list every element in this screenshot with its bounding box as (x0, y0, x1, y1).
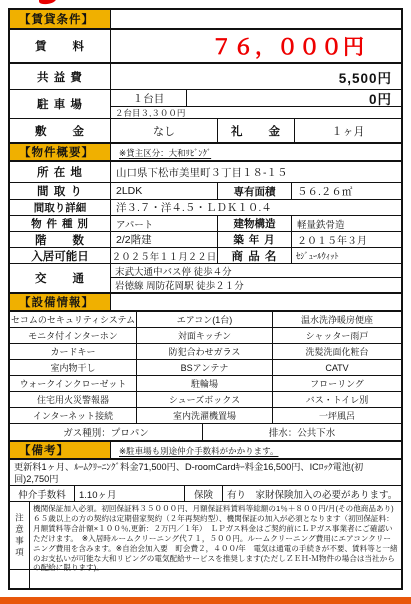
equipment-item: CATV (273, 360, 401, 375)
row-notes: 注意事項 機関保証加入必須。初回保証料３５０００円、月額保証料賃料等総額の1％＋… (10, 502, 401, 570)
section-title-rental: 【賃貸条件】 (10, 10, 111, 28)
red-pen-mark (39, 0, 56, 5)
layout-value: 2LDK (111, 183, 218, 199)
row-fees: 更新料1ヶ月、ﾙｰﾑｸﾘｰﾆﾝｸﾞ料金71,500円、D-roomCardｷｰ料… (10, 460, 401, 486)
parking-label: 駐 車 場 (10, 90, 111, 118)
equipment-item: 温水洗浄暖房便座 (273, 312, 401, 327)
built-label: 築 年 月 (218, 232, 292, 247)
equipment-item: インターネット接続 (10, 408, 137, 423)
row-address: 所 在 地 山口県下松市美里町３丁目１８-１５ (10, 162, 401, 183)
row-empty (10, 570, 401, 588)
common-fee-label: 共 益 費 (10, 64, 111, 89)
transport-line2: 岩徳線 周防花岡駅 徒歩２１分 (111, 278, 401, 291)
row-rent: 賃 料 ７６，０００円 (10, 30, 401, 64)
drainage: 排水：公共下水 (203, 424, 401, 440)
row-transport: 交 通 末武大通中バス停 徒歩４分 岩徳線 周防花岡駅 徒歩２１分 (10, 264, 401, 292)
row-brokerage-insurance: 仲介手数料 1.10ヶ月 保険 有り 家財保険加入の必要があります。 (10, 486, 401, 502)
equipment-item: BSアンテナ (137, 360, 273, 375)
row-type-structure: 物 件 種 別 アパート 建物構造 軽量鉄骨造 (10, 216, 401, 232)
layout-label: 間 取 り (10, 183, 111, 199)
built-value: ２０１５年３月 (292, 232, 401, 247)
common-fee-value: 5,500円 (111, 64, 401, 89)
row-deposit-keymoney: 敷 金 なし 礼 金 １ヶ月 (10, 119, 401, 142)
address-label: 所 在 地 (10, 162, 111, 182)
equipment-item: 室内洗濯機置場 (137, 408, 273, 423)
equipment-item: 防犯合わせガラス (137, 344, 273, 359)
brokerage-value: 1.10ヶ月 (75, 486, 185, 501)
equipment-item: モニタ付インターホン (10, 328, 137, 343)
equipment-row: カードキー 防犯合わせガラス 洗髪洗面化粧台 (10, 344, 401, 360)
equipment-item: カードキー (10, 344, 137, 359)
equipment-item: 一坪風呂 (273, 408, 401, 423)
empty-right-cell (30, 570, 401, 588)
floors-value: 2/2階建 (111, 232, 218, 247)
equipment-row: セコムのセキュリティシステム エアコン(1台) 温水洗浄暖房便座 (10, 312, 401, 328)
key-money-value: １ヶ月 (295, 119, 401, 142)
product-label: 商 品 名 (218, 248, 292, 263)
transport-label: 交 通 (10, 264, 111, 292)
equipment-item: フローリング (273, 376, 401, 391)
row-parking: 駐 車 場 １台目 0円 ２台目３,３００円 (10, 90, 401, 119)
section-bar-equipment-spacer (111, 294, 401, 310)
product-name: ｾｼﾞｭｰﾙｳｨｯﾄ (292, 248, 401, 263)
equipment-item: セコムのセキュリティシステム (10, 312, 137, 327)
structure-label: 建物構造 (218, 216, 292, 231)
area-value: ５６.２６㎡ (292, 183, 401, 199)
row-gas-drainage: ガス種別：プロパン 排水：公共下水 (10, 424, 401, 440)
notes-label: 注意事項 (10, 513, 29, 559)
movein-date: ２０２５年１１月２２日 (111, 248, 218, 263)
insurance-value: 有り 家財保険加入の必要があります。 (223, 486, 401, 501)
row-movein-product: 入居可能日 ２０２５年１１月２２日 商 品 名 ｾｼﾞｭｰﾙｳｨｯﾄ (10, 248, 401, 264)
equipment-row: 住宅用火災警報器 シューズボックス バス・トイレ別 (10, 392, 401, 408)
movein-label: 入居可能日 (10, 248, 111, 263)
deposit-label: 敷 金 (10, 119, 111, 142)
equipment-item: 対面キッチン (137, 328, 273, 343)
section-title-equipment: 【設備情報】 (10, 294, 111, 310)
equipment-item: 住宅用火災警報器 (10, 392, 137, 407)
empty-left-cell (10, 570, 30, 588)
layout-detail-value: 洋３.７・洋４.５・ＬＤＫ１０.４ (111, 200, 401, 215)
bottom-orange-bar (0, 597, 411, 604)
equipment-item: エアコン(1台) (137, 312, 273, 327)
type-label: 物 件 種 別 (10, 216, 111, 231)
equipment-item: バス・トイレ別 (273, 392, 401, 407)
equipment-row: インターネット接続 室内洗濯機置場 一坪風呂 (10, 408, 401, 424)
section-bar-rental: 【賃貸条件】 (10, 10, 401, 30)
equipment-item: シューズボックス (137, 392, 273, 407)
address-value: 山口県下松市美里町３丁目１８-１５ (111, 162, 401, 182)
notes-text: 機関保証加入必須。初回保証料３５０００円、月額保証料賃料等総額の1％＋８００円/… (30, 502, 401, 569)
parking-price1: 0円 (187, 90, 401, 106)
equipment-item: 室内物干し (10, 360, 137, 375)
parking-slot1: １台目 (111, 90, 187, 106)
equipment-row: モニタ付インターホン 対面キッチン シャッター雨戸 (10, 328, 401, 344)
section-title-overview: 【物件概要】 (10, 144, 111, 160)
layout-detail-label: 間取り詳細 (10, 200, 111, 215)
row-common-fee: 共 益 費 5,500円 (10, 64, 401, 90)
section-title-remarks: 【備考】 (10, 442, 111, 458)
equipment-item: 駐輪場 (137, 376, 273, 391)
section-bar-overview: 【物件概要】 ※貸主区分：大和ﾘﾋﾞﾝｸﾞ (10, 142, 401, 162)
key-money-label: 礼 金 (218, 119, 295, 142)
area-label: 専有面積 (218, 183, 292, 199)
section-bar-equipment: 【設備情報】 (10, 292, 401, 312)
equipment-item: シャッター雨戸 (273, 328, 401, 343)
type-value: アパート (111, 216, 218, 231)
equipment-row: 室内物干し BSアンテナ CATV (10, 360, 401, 376)
equipment-item: ウォークインクローゼット (10, 376, 137, 391)
landlord-note: ※貸主区分：大和ﾘﾋﾞﾝｸﾞ (119, 147, 211, 159)
section-bar-rental-spacer (111, 10, 401, 28)
rent-value: ７６，０００円 (111, 30, 401, 62)
floors-label: 階 数 (10, 232, 111, 247)
fees-line: 更新料1ヶ月、ﾙｰﾑｸﾘｰﾆﾝｸﾞ料金71,500円、D-roomCardｷｰ料… (10, 460, 401, 485)
section-bar-remarks: 【備考】 ※駐車場も別途仲介手数料がかかります。 (10, 440, 401, 460)
rental-fact-sheet: 【賃貸条件】 賃 料 ７６，０００円 共 益 費 5,500円 駐 車 場 １台… (8, 8, 403, 590)
parking-slot2-note: ２台目３,３００円 (111, 107, 401, 118)
transport-line1: 末武大通中バス停 徒歩４分 (111, 264, 401, 278)
structure-value: 軽量鉄骨造 (292, 216, 401, 231)
equipment-row: ウォークインクローゼット 駐輪場 フローリング (10, 376, 401, 392)
insurance-label: 保険 (185, 486, 223, 501)
rent-label: 賃 料 (10, 30, 111, 62)
row-floors-built: 階 数 2/2階建 築 年 月 ２０１５年３月 (10, 232, 401, 248)
row-layout-detail: 間取り詳細 洋３.７・洋４.５・ＬＤＫ１０.４ (10, 200, 401, 216)
row-layout-area: 間 取 り 2LDK 専有面積 ５６.２６㎡ (10, 183, 401, 200)
equipment-item: 洗髪洗面化粧台 (273, 344, 401, 359)
remarks-header-note: ※駐車場も別途仲介手数料がかかります。 (119, 445, 278, 457)
gas-type: ガス種別：プロパン (10, 424, 203, 440)
deposit-value: なし (111, 119, 218, 142)
brokerage-label: 仲介手数料 (10, 486, 75, 501)
